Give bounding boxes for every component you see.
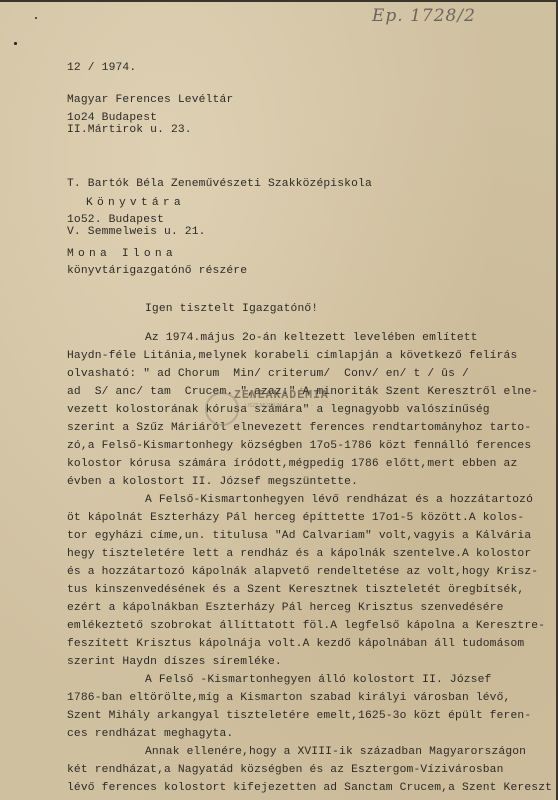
- body-line: tus kinszenvedésének és a Szent Keresztn…: [67, 583, 524, 597]
- body-line: öt kápolnát Eszterházy Pál herceg építte…: [67, 511, 524, 525]
- letter-page: Ep. 1728/2 12 / 1974. Magyar Ferences Le…: [0, 2, 556, 800]
- library-stamp-subtext: LISZT MÚZEUM: [245, 403, 282, 409]
- recipient-street: V. Semmelweis u. 21.: [67, 225, 206, 239]
- salutation: Igen tisztelt Igazgatónő!: [145, 302, 318, 316]
- library-stamp-text: ZENEAKADÉMIA: [234, 389, 329, 402]
- body-line: évben a kolostort II. József megszüntett…: [67, 475, 358, 489]
- body-line: szerint Haydn díszes síremléke.: [67, 655, 282, 669]
- body-line: hegy tiszteletére lett a rendház és a ká…: [67, 547, 531, 561]
- body-line: feszített Krisztus kápolnája volt.A kezd…: [67, 637, 524, 651]
- recipient-institution: T. Bartók Béla Zeneművészeti Szakközépis…: [67, 177, 372, 191]
- body-line: emlékeztető szobrokat állíttatott föl.A …: [67, 619, 545, 633]
- ink-speck: [14, 42, 17, 45]
- ink-speck: [35, 17, 37, 19]
- body-line: és a hozzátartozó kápolnák alapvető rend…: [67, 565, 538, 579]
- body-line: A Felső -Kismartonhegyen álló kolostort …: [145, 673, 491, 687]
- body-line: két rendházat,a Nagyatád községben és az…: [67, 763, 504, 777]
- body-line: zó,a Felső-Kismartonhegy községben 17o5-…: [67, 439, 531, 453]
- body-line: olvasható: " ad Chorum Min/ criterum/ Co…: [67, 367, 469, 381]
- body-line: 1786-ban eltörölte,míg a Kismarton szaba…: [67, 691, 510, 705]
- body-line: ces rendházat meghagyta.: [67, 727, 233, 741]
- body-line: A Felső-Kismartonhegyen lévő rendházat é…: [145, 493, 533, 507]
- body-line: lévő ferences kolostort kifejezetten ad …: [67, 781, 552, 795]
- recipient-department: Könyvtára: [86, 196, 185, 210]
- recipient-role: könyvtárigazgatónő részére: [67, 264, 247, 278]
- sender-name: Magyar Ferences Levéltár: [67, 93, 233, 107]
- body-line: Szent Mihály arkangyal tiszteletére emel…: [67, 709, 531, 723]
- reference-number: 12 / 1974.: [67, 61, 136, 75]
- body-line: kolostor kórusa számára íródott,mégpedig…: [67, 457, 517, 471]
- body-line: Az 1974.május 2o-án keltezett levelében …: [145, 331, 478, 345]
- handwritten-archive-reference: Ep. 1728/2: [372, 6, 476, 26]
- body-line: Annak ellenére,hogy a XVIII-ik században…: [145, 745, 526, 759]
- body-line: szerint a Szűz Máriáról elnevezett feren…: [67, 421, 531, 435]
- body-line: Haydn-féle Litánia,melynek korabeli címl…: [67, 349, 517, 363]
- sender-address-line2: II.Mártirok u. 23.: [67, 123, 192, 137]
- body-line: tor egyházi címe,un. titulusa "Ad Calvar…: [67, 529, 531, 543]
- recipient-person: Mona Ilona: [67, 247, 177, 261]
- body-line: ezért a kápolnákban Eszterházy Pál herce…: [67, 601, 504, 615]
